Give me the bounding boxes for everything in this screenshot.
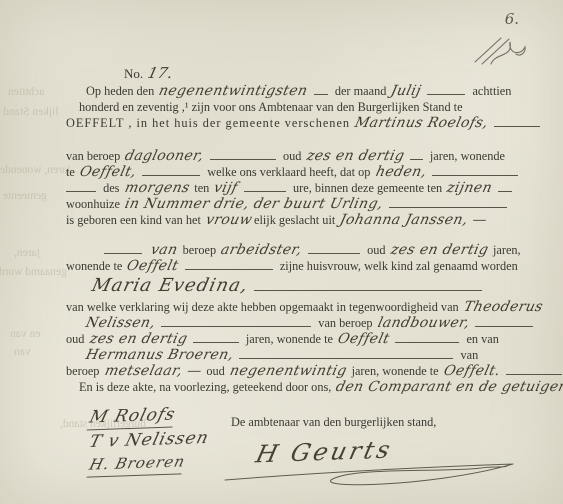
handwritten-declarant-name: Martinus Roelofs,: [353, 115, 490, 131]
printed-text: oud: [367, 243, 385, 257]
signature-flourish-icon: [221, 458, 521, 486]
printed-text: oud: [283, 149, 301, 163]
blank-rule: [142, 172, 200, 176]
bleedthrough-text: en van: [10, 328, 40, 340]
blank-rule: [104, 250, 142, 254]
handwritten-witness1-surname: Nelissen,: [84, 315, 157, 331]
printed-text: te: [66, 165, 75, 179]
official-signature-area: De ambtenaar van den burgerlijken stand,…: [231, 405, 521, 486]
handwritten-child-name: Maria Evedina,: [89, 274, 251, 298]
printed-text: des: [103, 181, 119, 195]
blank-rule: [254, 287, 482, 291]
bleedthrough-text: lijken Stand te: [0, 106, 58, 118]
printed-text: honderd en zeventig ,¹ zijn voor ons Amb…: [79, 100, 463, 114]
printed-text: oud: [206, 364, 224, 378]
handwritten-age: zes en dertig: [305, 148, 406, 164]
spacer: [66, 131, 521, 148]
witness-signatures: M Rolofs T v Nelissen H. Broeren: [66, 405, 231, 486]
printed-text: van beroep: [66, 149, 120, 163]
printed-text: der maand: [335, 84, 387, 98]
paragraph-opening: Op heden den negenentwintigsten der maan…: [66, 83, 521, 131]
printed-text: jaren, wonende: [430, 149, 505, 163]
printed-text: Op heden den: [86, 84, 154, 98]
handwritten-occupation: daglooner,: [124, 148, 206, 164]
signature-witness2: T v Nelissen: [87, 427, 212, 454]
official-caption: De ambtenaar van den burgerlijken stand,: [231, 415, 521, 430]
handwritten-date: heden,: [374, 164, 428, 180]
handwritten-witness1-occupation: landbouwer,: [376, 315, 471, 331]
blank-rule: [161, 323, 311, 327]
printed-text: jaren,: [493, 243, 521, 257]
blank-rule: [410, 156, 423, 160]
printed-text: En is deze akte, na voorlezing, geteeken…: [79, 380, 331, 394]
blank-rule: [210, 156, 276, 160]
paragraph-witnesses: van welke verklaring wij deze akte hebbe…: [66, 299, 521, 395]
blank-rule: [432, 172, 518, 176]
bleedthrough-text: jaren, wonende: [0, 164, 70, 176]
blank-rule: [475, 323, 533, 327]
handwritten-month: Julij: [390, 83, 424, 99]
blank-rule: [193, 339, 239, 343]
handwritten-witness2-age: negenentwintig: [228, 363, 348, 379]
handwritten-mother-name: Johanna Janssen, —: [339, 212, 490, 228]
printed-text: oud: [66, 332, 84, 346]
signature-witness1: M Rolofs: [87, 404, 178, 431]
signature-witness3: H. Broeren: [87, 450, 188, 477]
blank-rule: [389, 204, 507, 208]
printed-text: jaren, wonende te: [246, 332, 333, 346]
printed-text: en van: [466, 332, 498, 346]
blank-rule: [494, 123, 540, 127]
blank-rule: [66, 188, 96, 192]
printed-text: jaren, wonende te: [352, 364, 439, 378]
blank-rule: [308, 250, 360, 254]
handwritten-hour: vijf: [213, 180, 240, 196]
printed-text: welke ons verklaard heeft, dat op: [207, 165, 370, 179]
blank-rule: [244, 188, 286, 192]
handwritten-gender: vrouw: [204, 212, 254, 228]
act-number-label: No.: [124, 66, 143, 81]
act-number-value: 17.: [146, 64, 175, 82]
handwritten-whose: zijnen: [445, 180, 494, 196]
blank-rule: [239, 355, 453, 359]
printed-text: beroep: [183, 243, 216, 257]
bleedthrough-text: van: [14, 346, 31, 358]
bleedthrough-text: gemeente ten: [0, 190, 47, 202]
printed-municipality: OEFFELT , in het huis der gemeente versc…: [66, 116, 350, 130]
handwritten-text: van: [149, 242, 179, 258]
handwritten-residence: Oeffelt,: [78, 164, 138, 180]
bleedthrough-text: achttien: [8, 86, 44, 98]
paragraph-mother: van beroep arbeidster, oud zes en dertig…: [66, 242, 521, 299]
printed-text: zijne huisvrouw, welk kind zal genaamd w…: [280, 259, 518, 273]
printed-text: wonende te: [66, 259, 122, 273]
handwritten-witness2-residence: Oeffelt.: [442, 363, 502, 379]
act-number-line: No. 17.: [66, 64, 521, 83]
handwritten-witness1-age: zes en dertig: [88, 331, 189, 347]
blank-rule: [427, 91, 465, 95]
blank-rule: [395, 339, 459, 343]
blank-rule: [185, 266, 273, 270]
handwritten-address: in Nummer drie, der buurt Urling,: [123, 196, 384, 212]
printed-text: is geboren een kind van het: [66, 213, 201, 227]
handwritten-day: negenentwintigsten: [158, 83, 310, 99]
bleedthrough-text: jaren,: [14, 247, 40, 259]
act-body: No. 17. Op heden den negenentwintigsten …: [66, 64, 521, 486]
handwritten-mother-residence: Oeffelt: [126, 258, 181, 274]
handwritten-signatories: den Comparant en de getuigen.: [335, 379, 563, 395]
paraph-icon: [469, 26, 533, 68]
printed-text: ten: [194, 181, 209, 195]
handwritten-witness2-name: Hermanus Broeren,: [84, 347, 235, 363]
bleedthrough-text: genaamd worden: [0, 266, 67, 278]
handwritten-mother-occupation: arbeidster,: [219, 242, 304, 258]
blank-rule: [314, 91, 328, 95]
paragraph-birth: van beroep daglooner, oud zes en dertig …: [66, 148, 521, 228]
printed-text: ure, binnen deze gemeente ten: [293, 181, 442, 195]
printed-text: van welke verklaring wij deze akte hebbe…: [66, 300, 459, 314]
handwritten-witness2-occupation: metselaar, —: [103, 363, 203, 379]
handwritten-daypart: morgens: [123, 180, 191, 196]
handwritten-witness1-residence: Oeffelt: [336, 331, 391, 347]
printed-text: beroep: [66, 364, 99, 378]
handwritten-witness1-firstname: Theoderus: [462, 299, 545, 315]
signature-block: M Rolofs T v Nelissen H. Broeren De ambt…: [66, 405, 521, 486]
printed-text: van beroep: [318, 316, 372, 330]
printed-text: woonhuize: [66, 197, 120, 211]
blank-rule: [506, 371, 562, 375]
handwritten-mother-age: zes en dertig: [389, 242, 490, 258]
document-page: achttien lijken Stand te jaren, wonende …: [0, 0, 563, 504]
printed-text: achttien: [472, 84, 511, 98]
printed-text: elijk geslacht uit: [254, 213, 335, 227]
printed-text: van: [461, 348, 479, 362]
blank-rule: [498, 188, 512, 192]
spacer: [66, 228, 521, 242]
